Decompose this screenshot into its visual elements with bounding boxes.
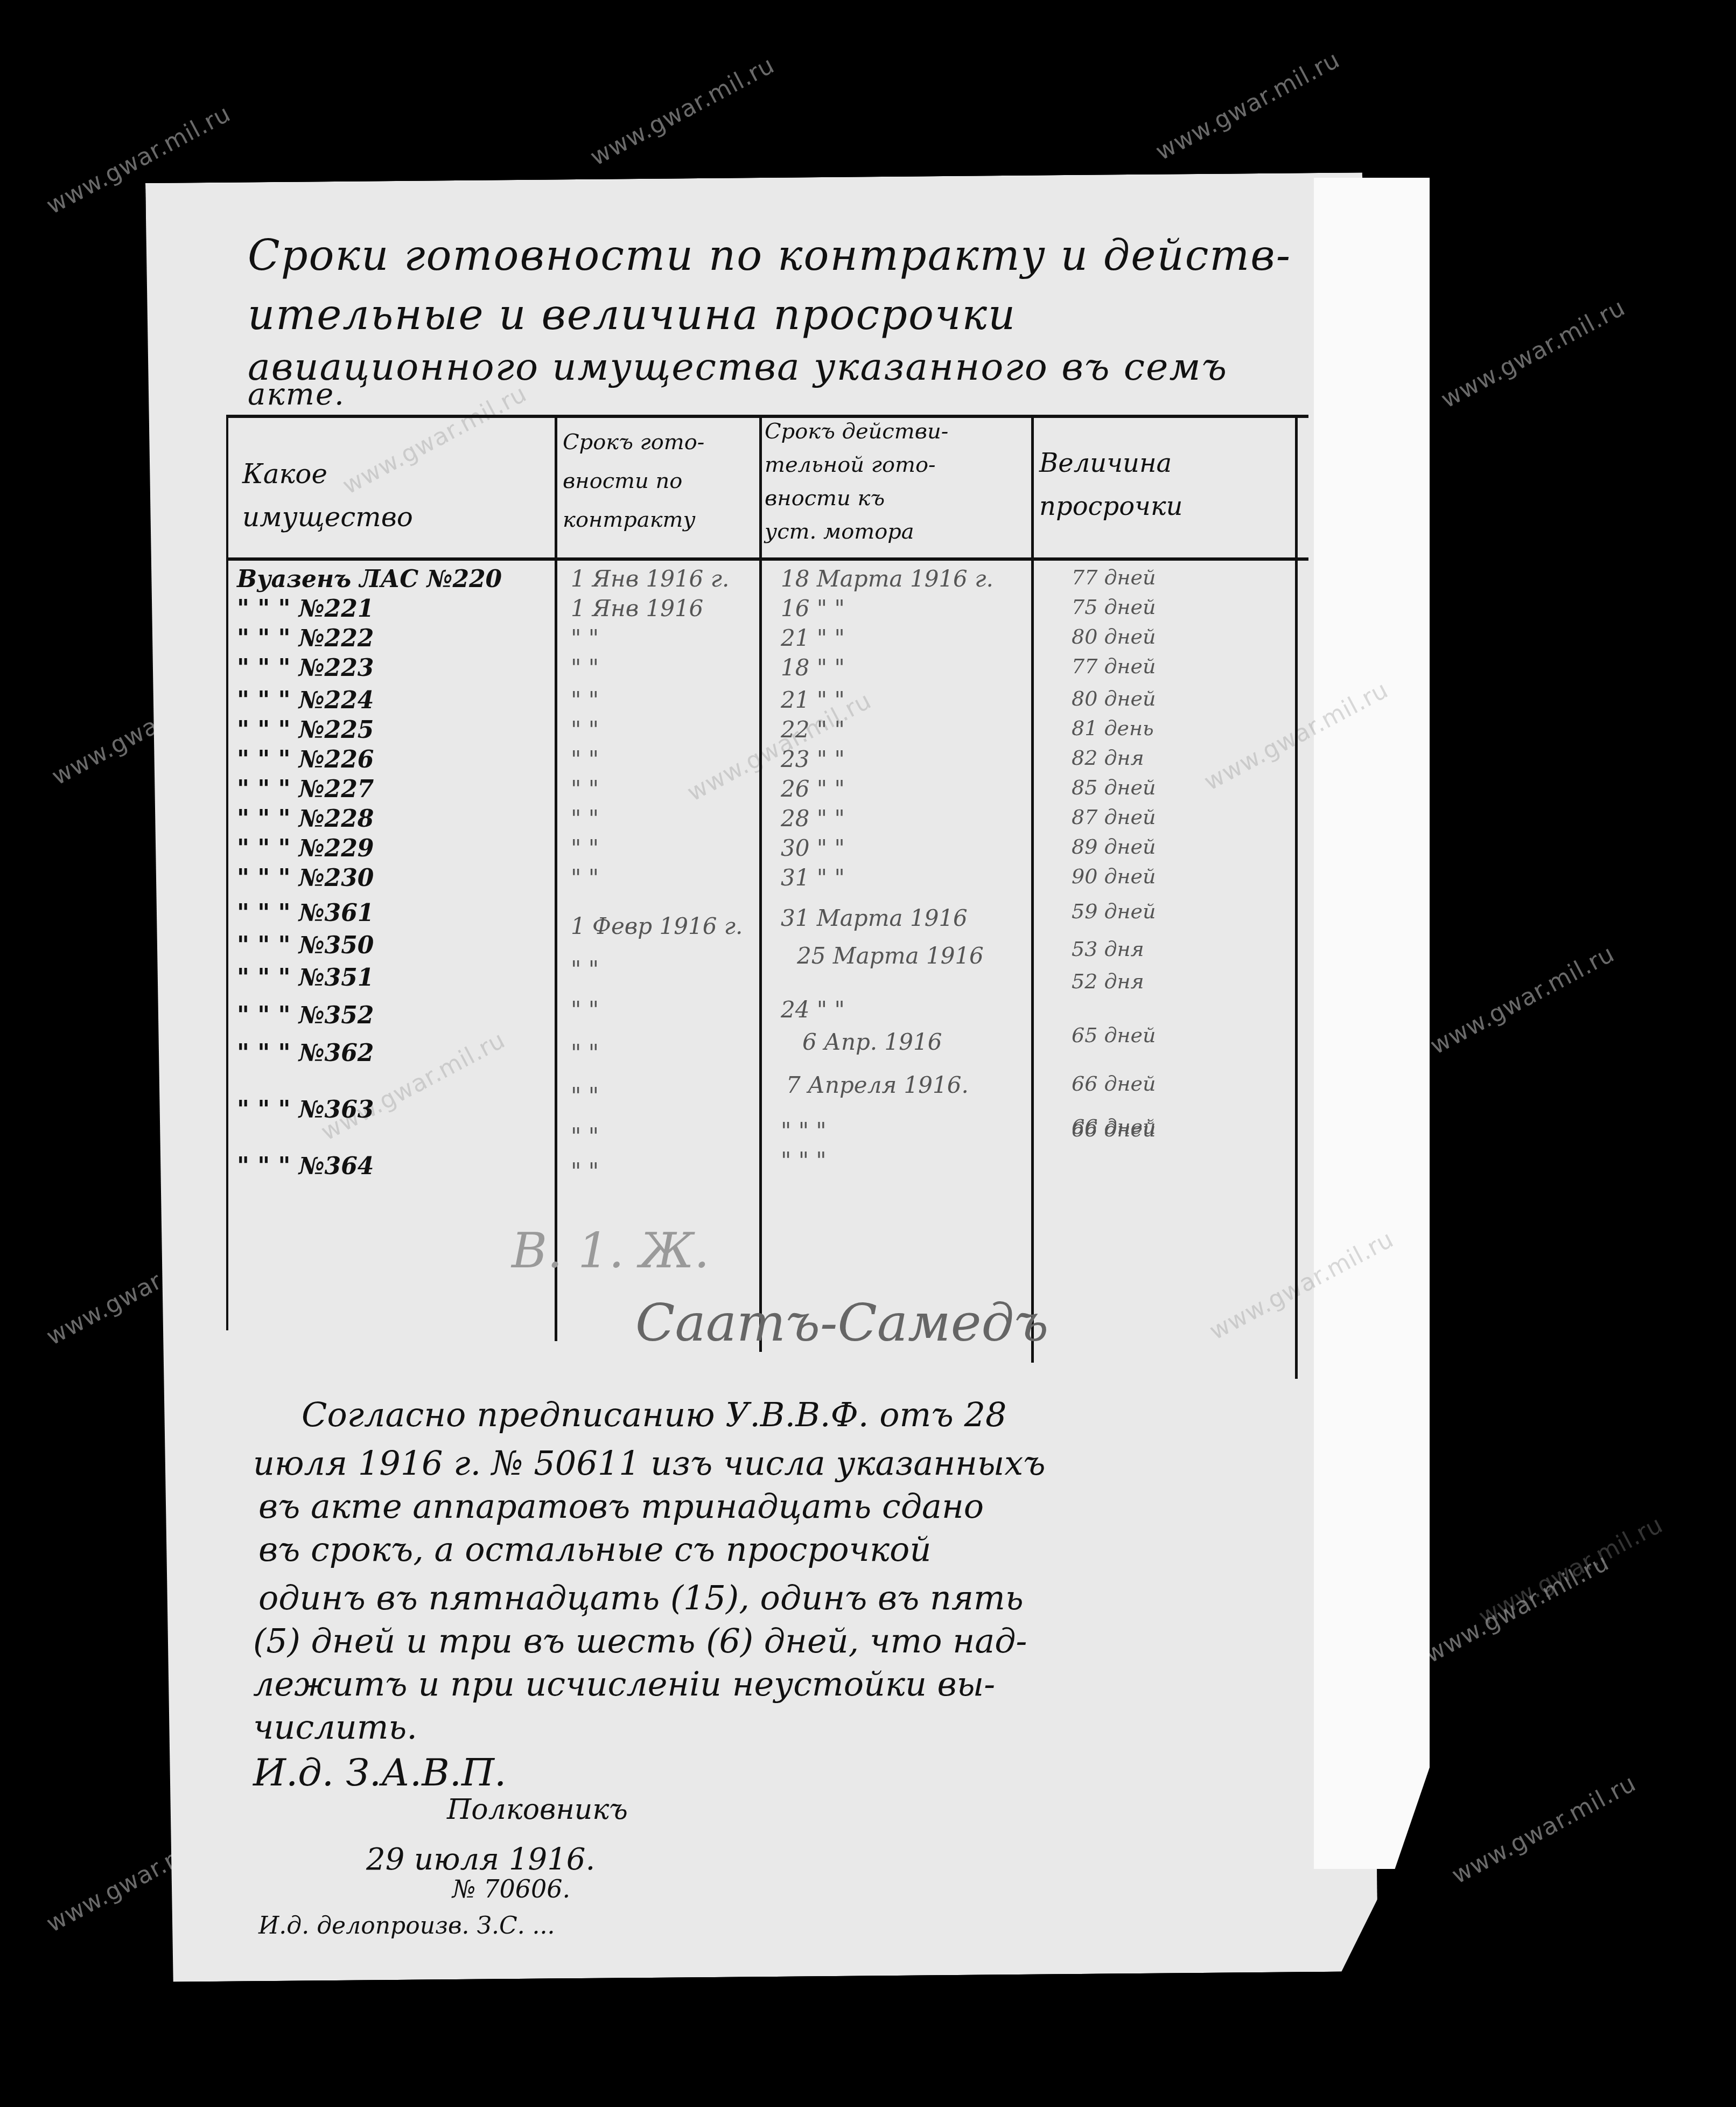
table-row: " " " №230" "31 " "90 дней	[226, 864, 1308, 894]
cell-item: " " " №229	[237, 835, 436, 862]
table-row: " " " №224" "21 " "80 дней	[226, 687, 1308, 716]
cell-delay: 80 дней	[1072, 687, 1156, 710]
cell-contract: " "	[571, 716, 599, 743]
cell-delay: 90 дней	[1072, 864, 1156, 888]
cell-delay: 81 день	[1072, 716, 1154, 740]
note-line: въ срокъ, а остальные съ просрочкой	[258, 1530, 931, 1569]
cell-delay: 52 дня	[1072, 969, 1144, 993]
footer-number: № 70606.	[452, 1874, 570, 1903]
table-row: " " " №364" "" " "66 дней	[226, 1115, 1308, 1145]
cell-item: " " " №227	[237, 776, 436, 803]
table-row: Вуазенъ ЛАС №2201 Янв 1916 г.18 Марта 19…	[226, 566, 1308, 595]
cell-contract: " "	[571, 835, 599, 861]
cell-actual: 28 " "	[781, 805, 845, 832]
cell-actual: 21 " "	[781, 687, 845, 713]
note-line: въ акте аппаратовъ тринадцать сдано	[258, 1487, 984, 1526]
cell-delay: 80 дней	[1072, 625, 1156, 648]
cell-item: " " " №225	[237, 716, 436, 744]
cell-delay: 59 дней	[1072, 899, 1156, 923]
cell-actual: 21 " "	[781, 625, 845, 651]
cell-contract: " "	[571, 1158, 599, 1184]
cell-delay: 82 дня	[1072, 746, 1144, 770]
cell-delay: 89 дней	[1072, 835, 1156, 859]
table-row: " " " №228" "28 " "87 дней	[226, 805, 1308, 835]
table-row: " " " №351" "24 " "52 дня	[226, 964, 1308, 994]
cell-actual: 22 " "	[781, 716, 845, 743]
note-line: (5) дней и три въ шесть (6) дней, что на…	[253, 1621, 1027, 1661]
cell-actual: 31 Марта 1916	[781, 905, 968, 931]
cell-actual: 18 " "	[781, 654, 845, 681]
table-row: " " " №363" "" " "66 дней	[226, 1075, 1308, 1104]
cell-item: " " " №351	[237, 964, 436, 992]
cell-item: " " " №350	[237, 932, 436, 959]
table-row: " " " №229" "30 " "89 дней	[226, 835, 1308, 864]
hole-mark	[1483, 803, 1495, 818]
table-row: " " " №350" "25 Марта 191653 дня	[226, 932, 1308, 961]
cell-item: " " " №224	[237, 687, 436, 714]
document-title-line: акте.	[248, 377, 345, 412]
watermark: www.gwar.mil.ru	[586, 51, 779, 171]
watermark: www.gwar.mil.ru	[1437, 294, 1630, 414]
cell-actual: 26 " "	[781, 776, 845, 802]
cell-actual: 16 " "	[781, 595, 845, 622]
document-title-line: ительные и величина просрочки	[248, 291, 1016, 339]
note-line: июля 1916 г. № 50611 изъ числа указанных…	[253, 1443, 1046, 1483]
cell-item: Вуазенъ ЛАС №220	[237, 566, 436, 593]
cell-contract: " "	[571, 805, 599, 832]
cell-delay: 87 дней	[1072, 805, 1156, 829]
cell-contract: " "	[571, 776, 599, 802]
cell-actual: 31 " "	[781, 864, 845, 891]
cell-contract: " "	[571, 864, 599, 891]
cell-contract: 1 Янв 1916 г.	[571, 566, 729, 592]
cell-actual: 18 Марта 1916 г.	[781, 566, 993, 592]
cell-contract: " "	[571, 746, 599, 772]
table-row: " " " №227" "26 " "85 дней	[226, 776, 1308, 805]
note-line: Согласно предписанию У.В.В.Ф. отъ 28	[302, 1395, 1006, 1434]
signature-saat-samed: Саатъ-Самедъ	[635, 1293, 1048, 1353]
table-header-rule	[226, 557, 1308, 561]
table-row: " " " №2211 Янв 191616 " "75 дней	[226, 595, 1308, 625]
cell-contract: " "	[571, 654, 599, 681]
faint-stamp-mark: В. 1. Ж.	[512, 1223, 710, 1279]
table-row: " " " №362" "7 Апреля 1916.66 дней	[226, 1039, 1308, 1069]
table-row: " " " №225" "22 " "81 день	[226, 716, 1308, 746]
cell-delay: 75 дней	[1072, 595, 1156, 619]
watermark: www.gwar.mil.ru	[1474, 1511, 1668, 1631]
cell-item: " " " №228	[237, 805, 436, 833]
table-row: " " " №226" "23 " "82 дня	[226, 746, 1308, 776]
signatory-title: И.д. З.А.В.П.	[253, 1750, 506, 1795]
cell-contract: 1 Янв 1916	[571, 595, 703, 622]
cell-item: " " " №362	[237, 1039, 436, 1067]
table-column-divider	[1295, 415, 1298, 1379]
header-contract-date: Срокъ гото- вности по контракту	[563, 423, 704, 539]
cell-contract: " "	[571, 625, 599, 651]
table-row: " " " №223" "18 " "77 дней	[226, 654, 1308, 684]
watermark: www.gwar.mil.ru	[1447, 1769, 1641, 1889]
watermark: www.gwar.mil.ru	[1426, 940, 1619, 1060]
cell-contract: " "	[571, 687, 599, 713]
cell-delay: 85 дней	[1072, 776, 1156, 799]
document-title-line: Сроки готовности по контракту и действ-	[248, 232, 1291, 280]
cell-item: " " " №352	[237, 1002, 436, 1029]
watermark: www.gwar.mil.ru	[1151, 46, 1345, 166]
cell-actual: 23 " "	[781, 746, 845, 772]
cell-item: " " " №222	[237, 625, 436, 652]
signatory-rank: Полковникъ	[447, 1794, 628, 1826]
table-row: " " " №3611 Февр 1916 г.31 Марта 191659 …	[226, 899, 1308, 929]
cell-item: " " " №223	[237, 654, 436, 682]
cell-item: " " " №364	[237, 1153, 436, 1180]
hole-mark	[1478, 288, 1490, 303]
cell-delay: 77 дней	[1072, 566, 1156, 589]
cell-delay: 66 дней	[1072, 1115, 1156, 1139]
cell-item: " " " №221	[237, 595, 436, 623]
header-item: Какое имущество	[242, 452, 413, 539]
delay-table: Какое имущество Срокъ гото- вности по ко…	[226, 415, 1308, 1395]
cell-delay: 53 дня	[1072, 937, 1144, 961]
clerk-signature: И.д. делопроизв. З.С. ...	[258, 1912, 555, 1939]
footer-date: 29 июля 1916.	[366, 1842, 595, 1877]
header-actual-date: Срокъ действи- тельной гото- вности къ у…	[765, 415, 948, 548]
table-row: " " " №352" "6 Апр. 191665 дней	[226, 1002, 1308, 1031]
note-line: одинъ въ пятнадцать (15), одинъ въ пять	[258, 1578, 1024, 1617]
cell-delay: 77 дней	[1072, 654, 1156, 678]
cell-item: " " " №226	[237, 746, 436, 773]
note-line: лежитъ и при исчисленіи неустойки вы-	[253, 1664, 995, 1704]
document-title-line: авиационного имущества указанного въ сем…	[248, 345, 1228, 389]
note-line: числить.	[253, 1707, 417, 1747]
cell-item: " " " №361	[237, 899, 436, 927]
cell-actual: 30 " "	[781, 835, 845, 861]
cell-item: " " " №230	[237, 864, 436, 892]
cell-actual: " " "	[781, 1147, 827, 1174]
page-edge-strip	[1314, 178, 1430, 1869]
table-row: " " " №222" "21 " "80 дней	[226, 625, 1308, 654]
header-delay: Величина просрочки	[1039, 442, 1182, 528]
